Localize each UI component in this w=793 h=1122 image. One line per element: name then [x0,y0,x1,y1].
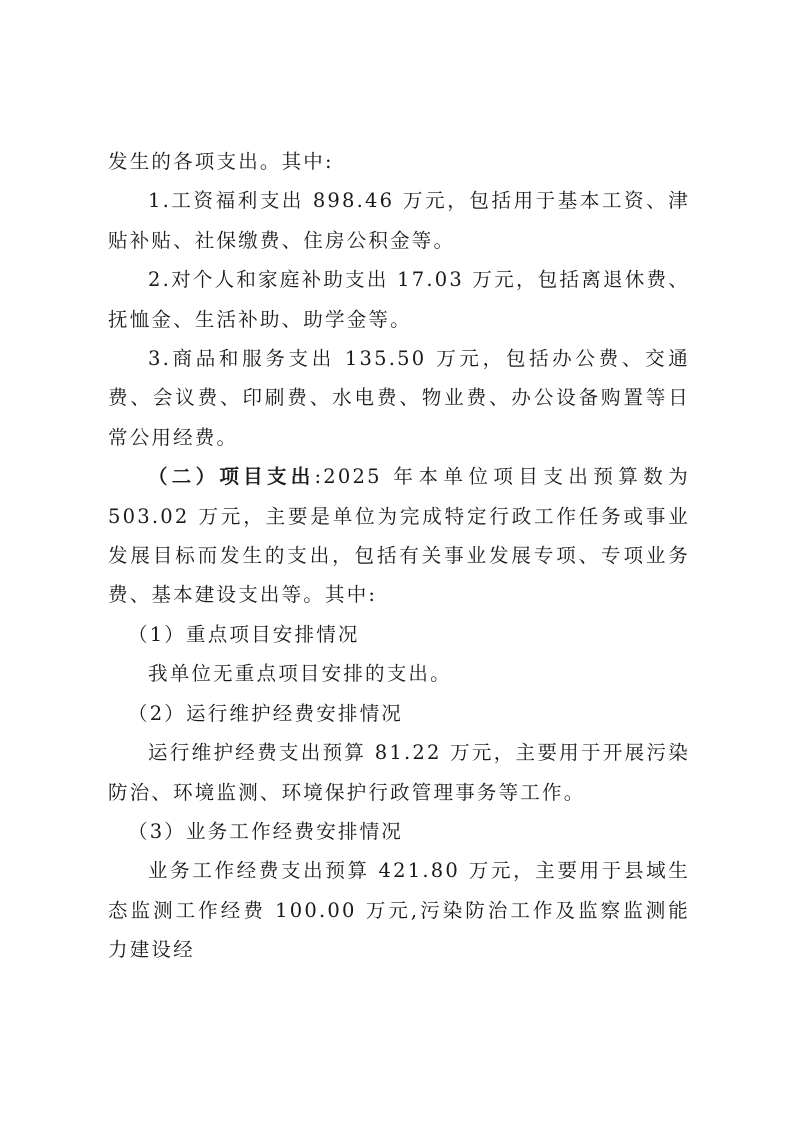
paragraph-operation-maintenance: 运行维护经费支出预算 81.22 万元，主要用于开展污染防治、环境监测、环境保护… [108,733,690,812]
paragraph-project-expenditure: （二）项目支出:2025 年本单位项目支出预算数为 503.02 万元，主要是单… [108,457,690,615]
paragraph-business-work: 业务工作经费支出预算 421.80 万元，主要用于县域生态监测工作经费 100.… [108,851,690,969]
paragraph-salary-welfare: 1.工资福利支出 898.46 万元，包括用于基本工资、津贴补贴、社保缴费、住房… [108,181,690,260]
paragraph-intro-tail: 发生的各项支出。其中: [108,142,690,181]
document-page: 发生的各项支出。其中: 1.工资福利支出 898.46 万元，包括用于基本工资、… [108,142,690,970]
paragraph-goods-services: 3.商品和服务支出 135.50 万元，包括办公费、交通费、会议费、印刷费、水电… [108,339,690,457]
paragraph-family-subsidy: 2.对个人和家庭补助支出 17.03 万元，包括离退休费、抚恤金、生活补助、助学… [108,260,690,339]
section-heading-project-expenditure: （二）项目支出 [148,465,315,488]
subheading-business-work: （3）业务工作经费安排情况 [108,812,690,851]
paragraph-no-key-projects: 我单位无重点项目安排的支出。 [108,654,690,693]
subheading-key-projects: （1）重点项目安排情况 [108,615,690,654]
subheading-operation-maintenance: （2）运行维护经费安排情况 [108,694,690,733]
